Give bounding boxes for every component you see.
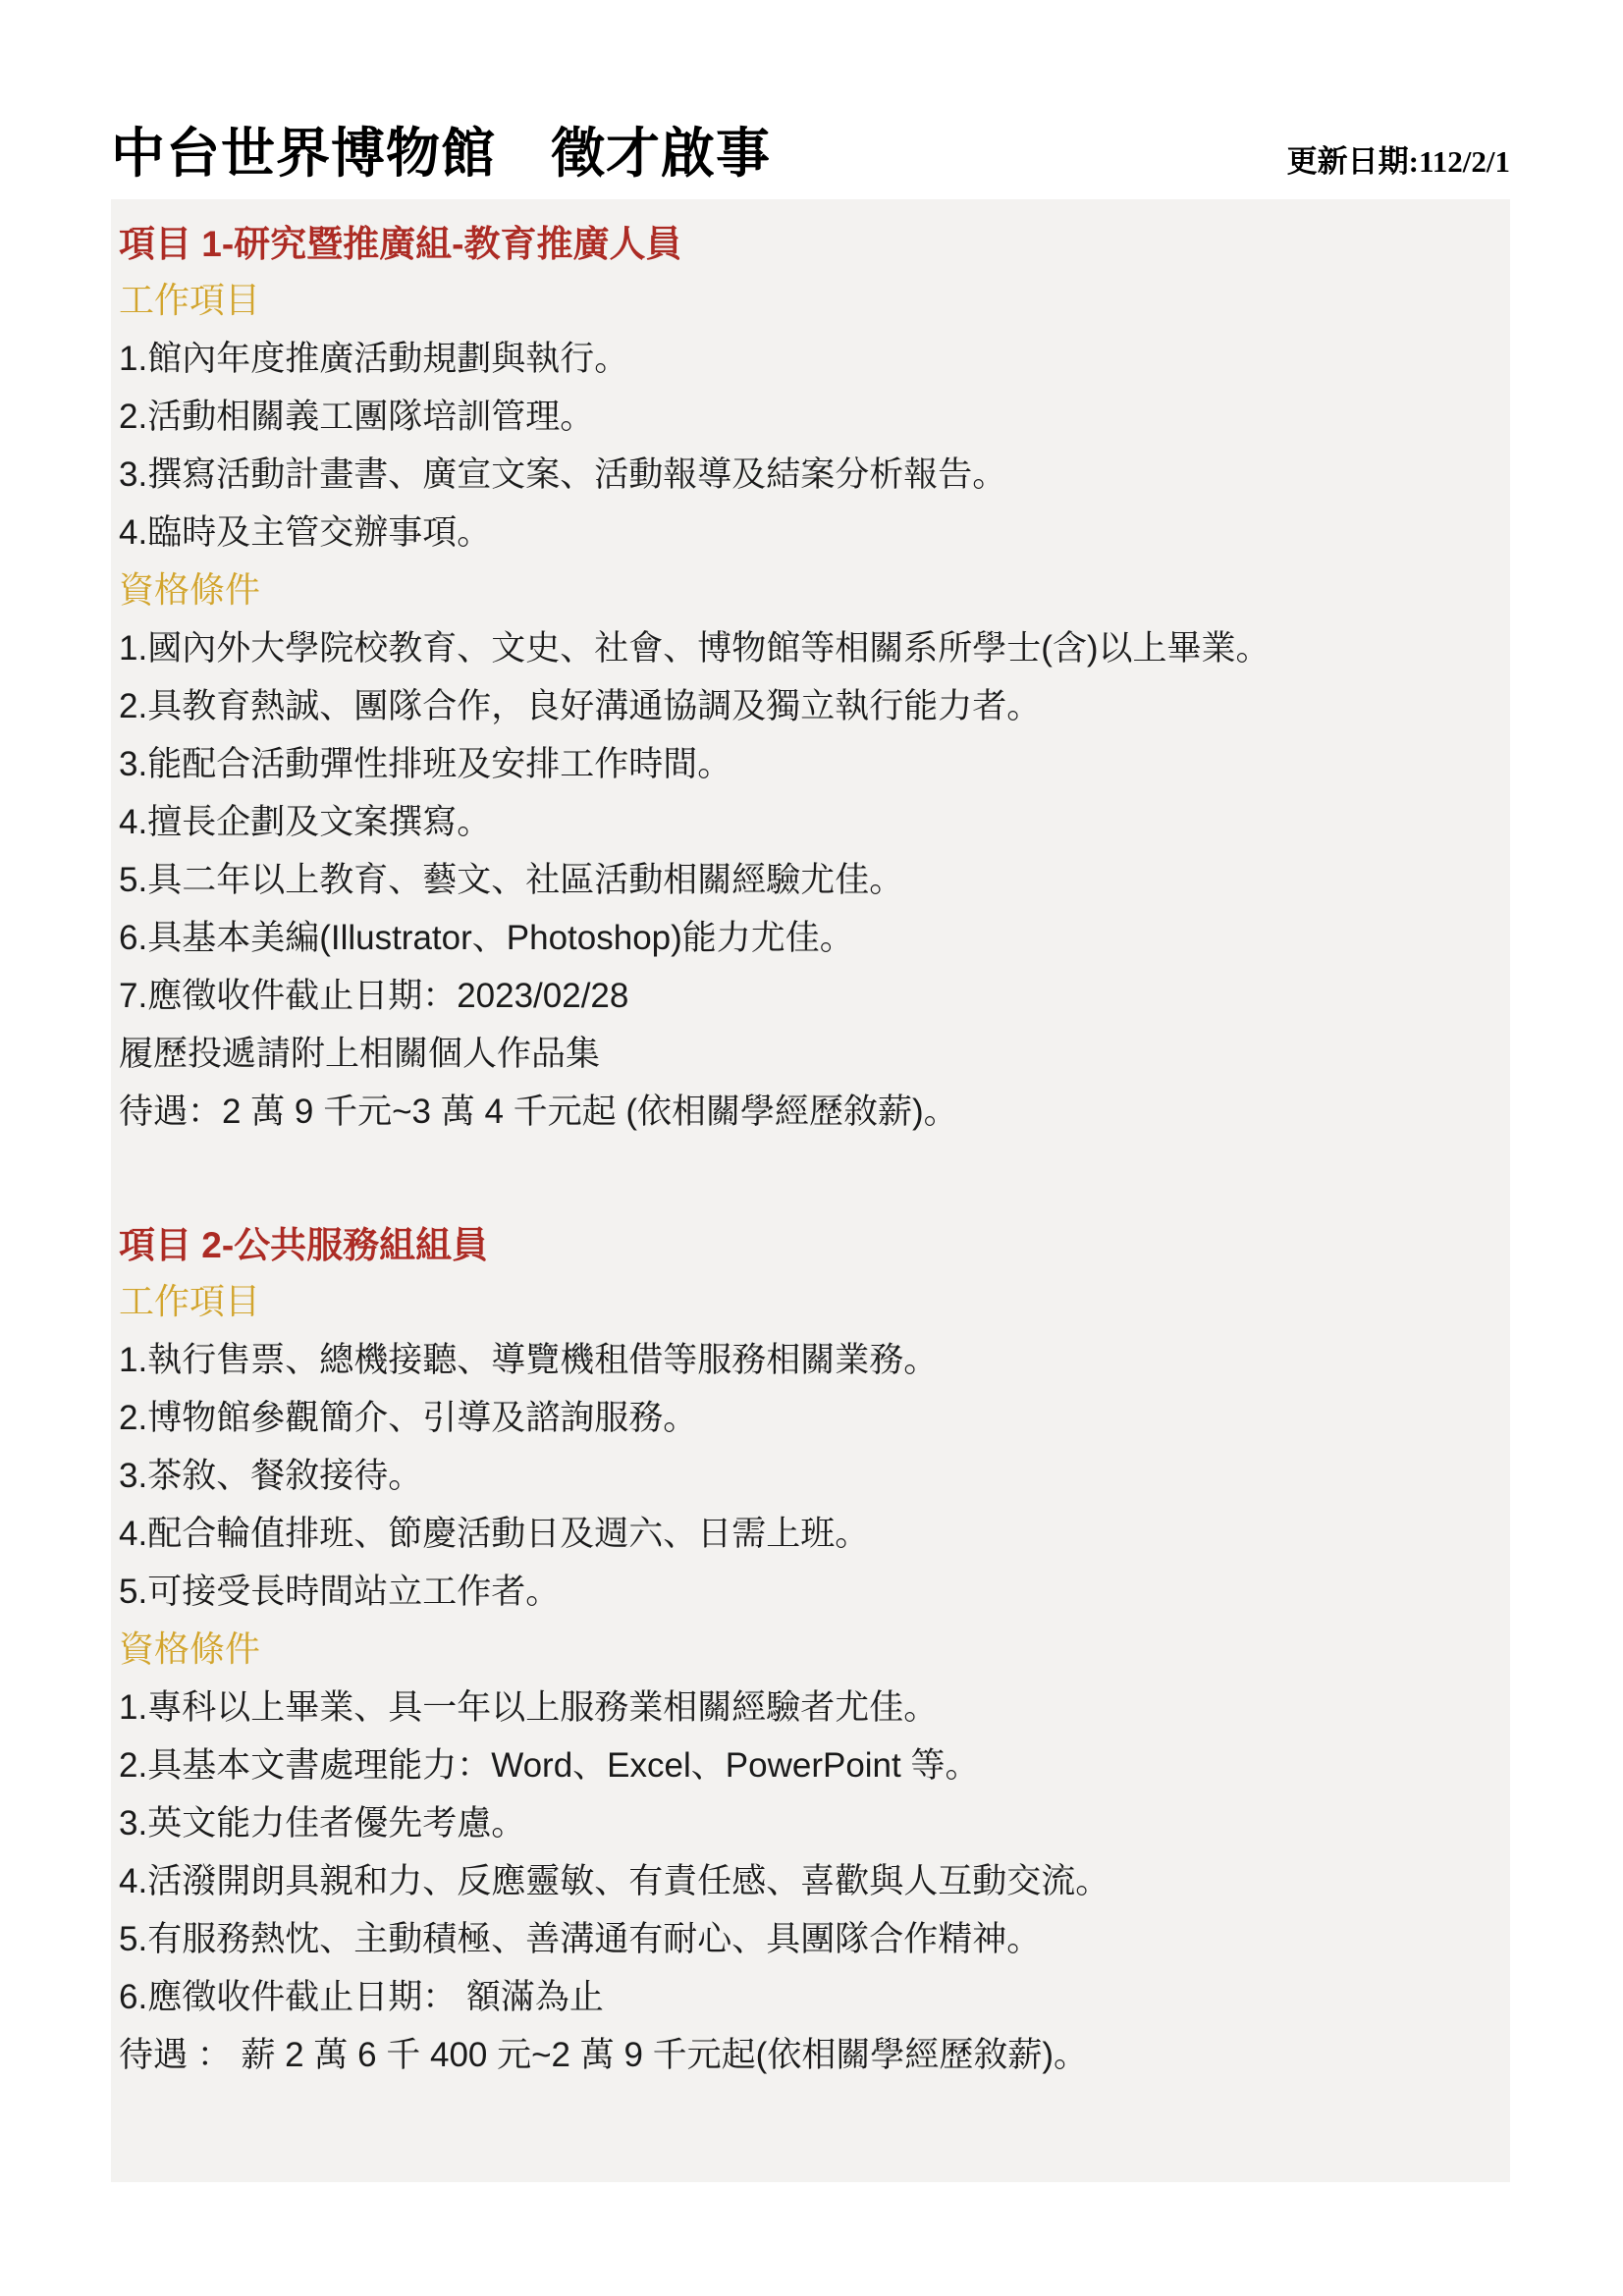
job2-qual-item-6: 6.應徵收件截止日期： 額滿為止 <box>119 1965 1500 2023</box>
job1-work-item-4: 4.臨時及主管交辦事項。 <box>119 501 1500 559</box>
job2-work-item-4: 4.配合輪值排班、節慶活動日及週六、日需上班。 <box>119 1502 1500 1560</box>
document-header: 中台世界博物館 徵才啟事 更新日期:112/2/1 <box>111 110 1510 187</box>
job2-work-item-3: 3.茶敘、餐敘接待。 <box>119 1444 1500 1502</box>
job2-work-item-1: 1.執行售票、總機接聽、導覽機租借等服務相關業務。 <box>119 1328 1500 1386</box>
job2-qual-item-2: 2.具基本文書處理能力：Word、Excel、PowerPoint 等。 <box>119 1734 1500 1791</box>
job2-qual-item-3: 3.英文能力佳者優先考慮。 <box>119 1791 1500 1849</box>
job1-qual-item-7: 7.應徵收件截止日期：2023/02/28 <box>119 964 1500 1022</box>
job1-work-item-3: 3.撰寫活動計畫書、廣宣文案、活動報導及結案分析報告。 <box>119 443 1500 501</box>
job1-qual-item-3: 3.能配合活動彈性排班及安排工作時間。 <box>119 732 1500 790</box>
job2-work-item-5: 5.可接受長時間站立工作者。 <box>119 1560 1500 1618</box>
job2-work-label: 工作項目 <box>119 1270 1500 1328</box>
job1-work-item-2: 2.活動相關義工團隊培訓管理。 <box>119 385 1500 443</box>
job1-work-item-1: 1.館內年度推廣活動規劃與執行。 <box>119 327 1500 385</box>
update-date: 更新日期:112/2/1 <box>1287 136 1510 181</box>
job2-qual-item-5: 5.有服務熱忱、主動積極、善溝通有耐心、具團隊合作精神。 <box>119 1907 1500 1965</box>
job1-salary: 待遇：2 萬 9 千元~3 萬 4 千元起 (依相關學經歷敘薪)。 <box>119 1080 1500 1138</box>
page: { "header": { "title": "中台世界博物館 徵才啟事", "… <box>0 0 1623 2296</box>
job1-portfolio-note: 履歷投遞請附上相關個人作品集 <box>119 1022 1500 1080</box>
job2-heading: 項目 2-公共服務組組員 <box>119 1212 1500 1270</box>
job2-qual-label: 資格條件 <box>119 1618 1500 1676</box>
job1-qual-item-6: 6.具基本美編(Illustrator、Photoshop)能力尤佳。 <box>119 906 1500 964</box>
job1-qual-item-1: 1.國內外大學院校教育、文史、社會、博物館等相關系所學士(含)以上畢業。 <box>119 616 1500 674</box>
job1-qual-item-5: 5.具二年以上教育、藝文、社區活動相關經驗尤佳。 <box>119 848 1500 906</box>
job1-qual-label: 資格條件 <box>119 559 1500 616</box>
content-block: 項目 1-研究暨推廣組-教育推廣人員 工作項目 1.館內年度推廣活動規劃與執行。… <box>111 199 1510 2182</box>
job1-qual-item-4: 4.擅長企劃及文案撰寫。 <box>119 790 1500 848</box>
section-gap <box>119 1138 1500 1212</box>
job1-heading: 項目 1-研究暨推廣組-教育推廣人員 <box>119 211 1500 269</box>
job2-work-item-2: 2.博物館參觀簡介、引導及諮詢服務。 <box>119 1386 1500 1444</box>
job1-qual-item-2: 2.具教育熱誠、團隊合作，良好溝通協調及獨立執行能力者。 <box>119 674 1500 732</box>
job2-salary: 待遇 ： 薪 2 萬 6 千 400 元~2 萬 9 千元起(依相關學經歷敘薪)… <box>119 2023 1500 2081</box>
page-title: 中台世界博物館 徵才啟事 <box>111 110 771 187</box>
job2-qual-item-1: 1.專科以上畢業、具一年以上服務業相關經驗者尤佳。 <box>119 1676 1500 1734</box>
job1-work-label: 工作項目 <box>119 269 1500 327</box>
job2-qual-item-4: 4.活潑開朗具親和力、反應靈敏、有責任感、喜歡與人互動交流。 <box>119 1849 1500 1907</box>
